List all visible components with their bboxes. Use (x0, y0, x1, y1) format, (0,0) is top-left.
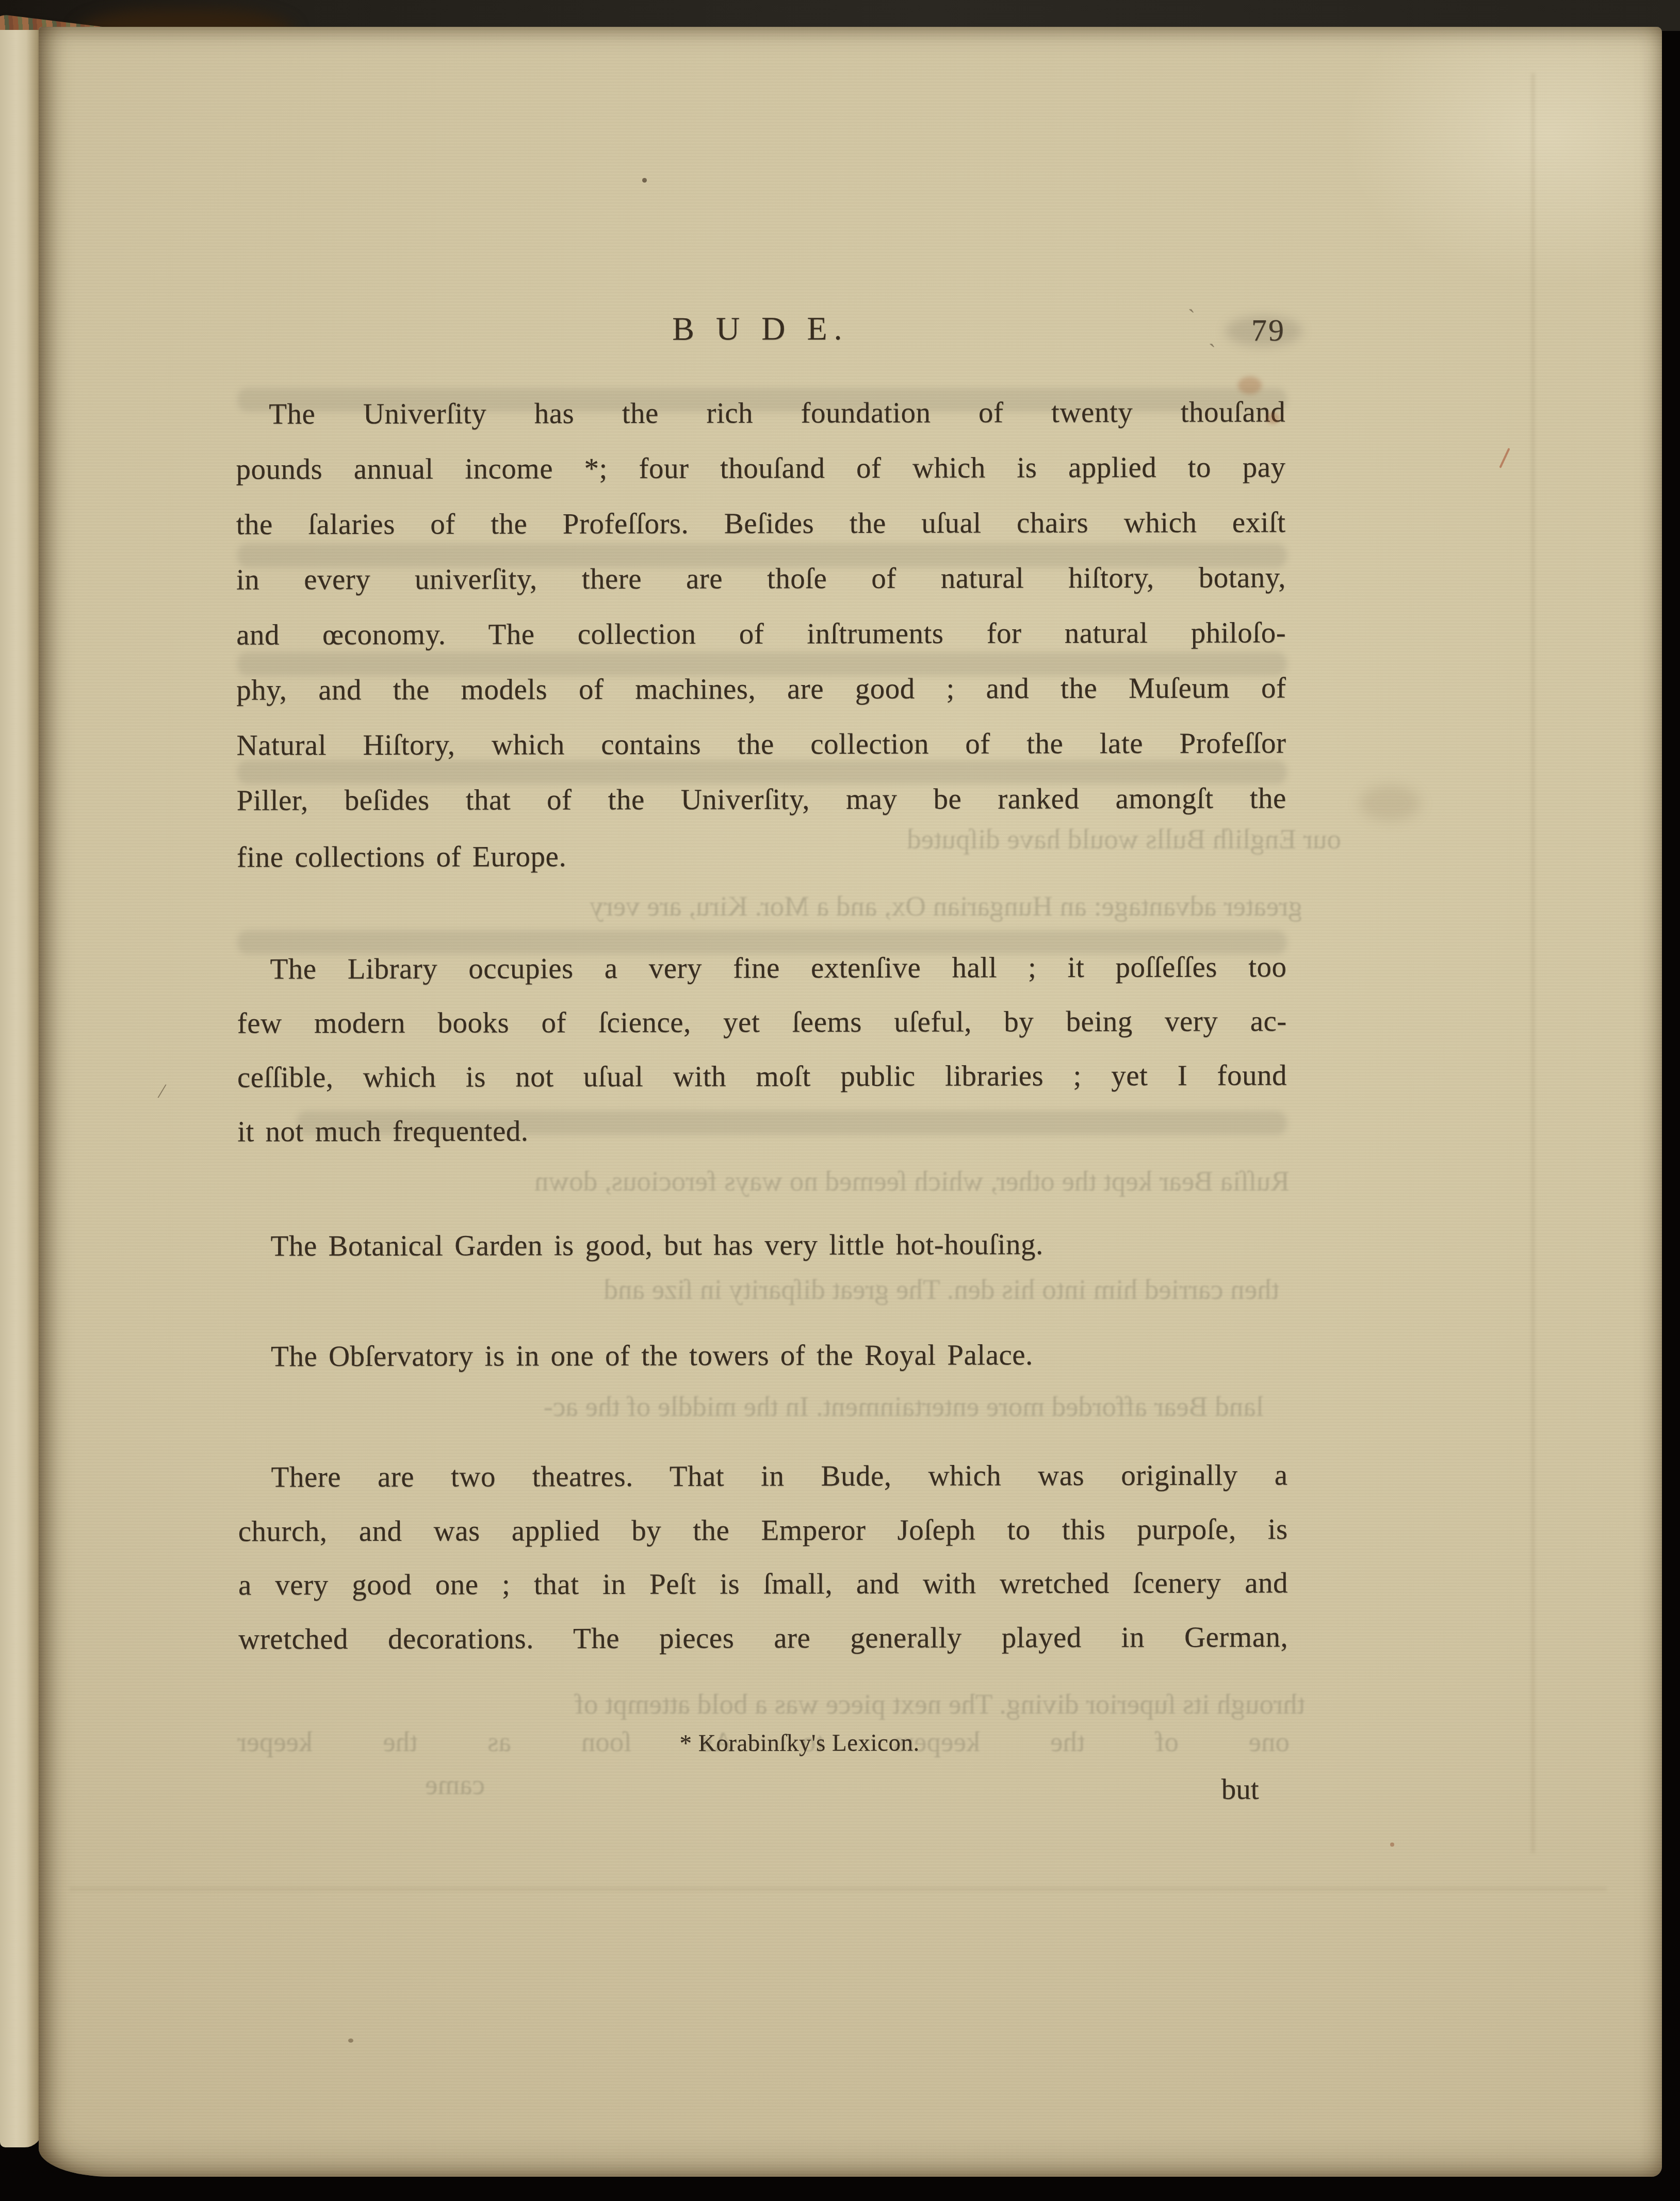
text-line: ceſſible, which is not uſual with moſt p… (237, 1059, 1287, 1094)
text-line: in every univerſity, there are thoſe of … (236, 562, 1286, 596)
foxing-spot (1266, 413, 1280, 424)
footnote: * Korabinſky's Lexicon. (275, 1728, 1325, 1758)
ink-speck (348, 2039, 353, 2043)
text-line: pounds annual income *; four thouſand of… (236, 451, 1285, 485)
text-line: and œconomy. The collection of inſtrumen… (236, 617, 1286, 651)
text-line: Natural Hiſtory, which contains the coll… (236, 727, 1286, 761)
text-line: the ſalaries of the Profeſſors. Beſides … (236, 507, 1286, 541)
text-line: fine collections of Europe. (237, 839, 1286, 873)
text-line: The Obſervatory is in one of the towers … (238, 1339, 1287, 1373)
page-text: B U D E. 79 The Univerſity has the rich … (37, 25, 1665, 2179)
text-line: church, and was applied by the Emperor J… (238, 1513, 1288, 1547)
foxing-spot (1390, 1843, 1394, 1847)
text-line: it not much frequented. (237, 1114, 1287, 1148)
text-line: The Univerſity has the rich foundation o… (236, 396, 1285, 430)
scanned-book-photo: our Engliſh Bulls would have diſputed gr… (0, 0, 1680, 2201)
book-page: our Engliſh Bulls would have diſputed gr… (39, 27, 1662, 2177)
text-line: phy, and the models of machines, are goo… (236, 672, 1286, 706)
gutter-page-edge (0, 30, 42, 2147)
text-line: The Library occupies a very fine extenſi… (237, 951, 1286, 985)
smudge (1359, 785, 1421, 821)
pen-tick-mark: ˋ (1188, 305, 1195, 330)
text-line: a very good one ; that in Peſt is ſmall,… (238, 1567, 1288, 1601)
text-line: wretched decorations. The pieces are gen… (238, 1621, 1288, 1655)
text-line: few modern books of ſcience, yet ſeems u… (237, 1005, 1287, 1039)
smudge (1225, 316, 1302, 347)
page-number: 79 (236, 313, 1285, 350)
catchword: but (1221, 1772, 1259, 1806)
text-line: There are two theatres. That in Bude, wh… (238, 1459, 1287, 1493)
text-line: The Botanical Garden is good, but has ve… (238, 1228, 1287, 1262)
ink-speck (642, 178, 647, 183)
foxing-spot (1238, 377, 1262, 394)
text-line: Piller, beſides that of the Univerſity, … (237, 782, 1286, 817)
pen-tick-mark: ˏ (1209, 323, 1216, 348)
